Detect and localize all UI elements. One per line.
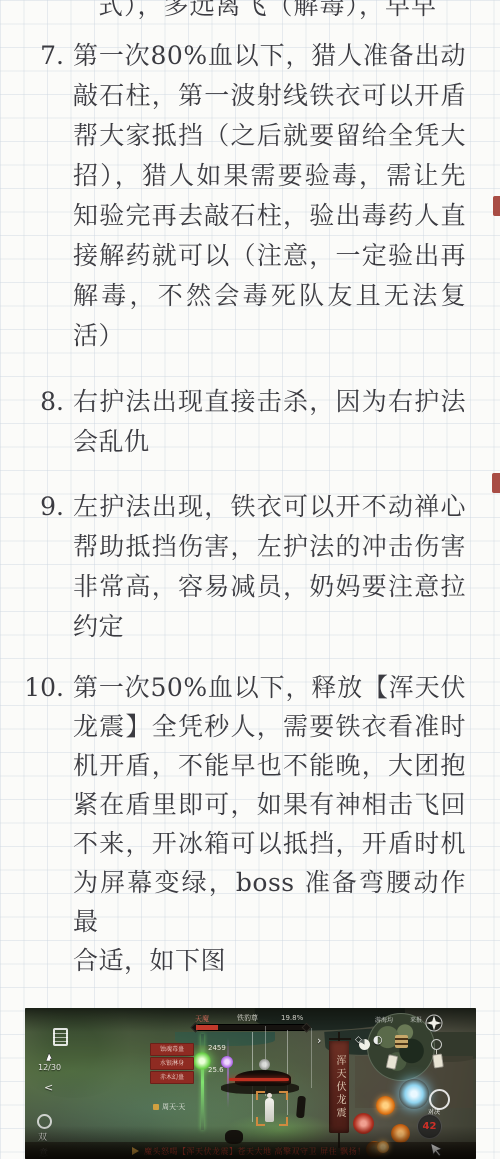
mouse-cursor-icon <box>428 1140 445 1159</box>
wave-counter: 12/30 <box>38 1063 61 1072</box>
guide-page: 式），多远离飞（解毒），早早 7. 第一次80%血以下，猎人准备出动 敲石柱，第… <box>0 0 500 1159</box>
combo-counter: 42 <box>417 1114 442 1139</box>
diamond-icon: ◇ <box>355 1035 362 1045</box>
edge-mark <box>492 473 500 493</box>
ray-effect <box>311 1028 312 1088</box>
compass-icon <box>425 1014 443 1032</box>
skill-orb-icon <box>391 1124 410 1143</box>
foliage-shape <box>25 1008 139 1098</box>
boss-hp-percent: 19.8% <box>281 1014 303 1022</box>
target-frame-corner <box>256 1091 265 1100</box>
banner-crossbar <box>329 1038 351 1040</box>
yinyang-icon: ◐ <box>373 1033 383 1046</box>
team-member-frame: 周天·天 <box>153 1102 185 1112</box>
list-item-9: 9. 左护法出现，铁衣可以开不动禅心 帮助抵挡伤害，左护法的冲击伤害 非常高，容… <box>0 487 466 647</box>
list-item-10: 10. 第一次50%血以下，释放【浑天伏 龙震】全凭秒人，需要铁衣看准时 机开盾… <box>0 668 466 980</box>
quest-book-icon <box>53 1028 68 1046</box>
chevron-right-icon: › <box>317 1034 321 1047</box>
ray-effect <box>287 1030 288 1115</box>
boss-health-bar <box>195 1024 307 1031</box>
charm-ring-icon <box>431 1039 442 1050</box>
item-number: 8. <box>0 382 73 462</box>
list-item-8: 8. 右护法出现直接击杀，因为右护法 会乱仇 <box>0 382 466 462</box>
team-member-name: 周天·天 <box>162 1102 185 1112</box>
green-beam-effect <box>201 1034 204 1130</box>
item-number: 9. <box>0 487 73 647</box>
pointer-icon <box>45 1052 55 1062</box>
boss-health-fill <box>196 1025 218 1030</box>
item-text: 右护法出现直接击杀，因为右护法 会乱仇 <box>73 382 466 462</box>
clipped-previous-line: 式），多远离飞（解毒），早早 <box>98 0 437 22</box>
boss-name: 铁豹尊 <box>237 1013 258 1023</box>
announcement-horn-icon <box>132 1147 139 1155</box>
grey-orb-effect <box>259 1059 270 1070</box>
altar-red-glow <box>229 1078 289 1081</box>
minimap-label: 来报 <box>410 1015 422 1024</box>
game-screenshot: 天魔 铁豹尊 19.8% 浑天伏龙震 蚀魂毒蛊 水银淋身 赤木幻蛊 2459 2… <box>25 1008 476 1159</box>
skill-orb-icon <box>376 1096 395 1115</box>
skill-banner: 浑天伏龙震 <box>329 1041 349 1133</box>
skill-orb-icon <box>353 1113 374 1134</box>
edge-mark <box>493 196 500 216</box>
boss-bar-left-label: 天魔 <box>195 1014 209 1024</box>
chat-circle-icon <box>37 1114 52 1129</box>
target-frame-corner <box>279 1117 288 1126</box>
scroll-item-icon <box>432 1053 444 1068</box>
target-frame-corner <box>256 1117 265 1126</box>
debuff-badge: 赤木幻蛊 <box>150 1071 194 1084</box>
player-character <box>265 1098 274 1122</box>
ultimate-skill-button <box>399 1079 429 1109</box>
list-item-7: 7. 第一次80%血以下，猎人准备出动 敲石柱，第一波射线铁衣可以开盾 帮大家抵… <box>0 36 466 356</box>
minimap-label: 游海均 <box>375 1015 393 1024</box>
debuff-value: 25.6 <box>208 1066 224 1074</box>
item-text: 第一次80%血以下，猎人准备出动 敲石柱，第一波射线铁衣可以开盾 帮大家抵挡（之… <box>73 36 466 356</box>
debuff-value: 2459 <box>208 1044 226 1052</box>
item-text: 左护法出现，铁衣可以开不动禅心 帮助抵挡伤害，左护法的冲击伤害 非常高，容易减员… <box>73 487 466 647</box>
lantern-glow <box>377 1141 389 1153</box>
item-text: 第一次50%血以下，释放【浑天伏 龙震】全凭秒人，需要铁衣看准时 机开盾，不能早… <box>73 668 466 980</box>
banner-text: 浑天伏龙震 <box>330 1041 349 1133</box>
seal-icon <box>395 1035 408 1048</box>
target-frame-corner <box>279 1091 288 1100</box>
back-chevron: < <box>44 1081 53 1094</box>
debuff-badge: 水银淋身 <box>150 1057 194 1070</box>
debuff-badge: 蚀魂毒蛊 <box>150 1043 194 1056</box>
item-number: 7. <box>0 36 73 356</box>
purple-beam-effect <box>227 1038 229 1108</box>
announcement-text: 魔头怒喝【浑天伏龙震】苍天大地 高擎双守卫 屏住 飘扬！ <box>144 1146 366 1157</box>
class-icon <box>153 1104 159 1110</box>
item-number: 10. <box>0 668 73 980</box>
